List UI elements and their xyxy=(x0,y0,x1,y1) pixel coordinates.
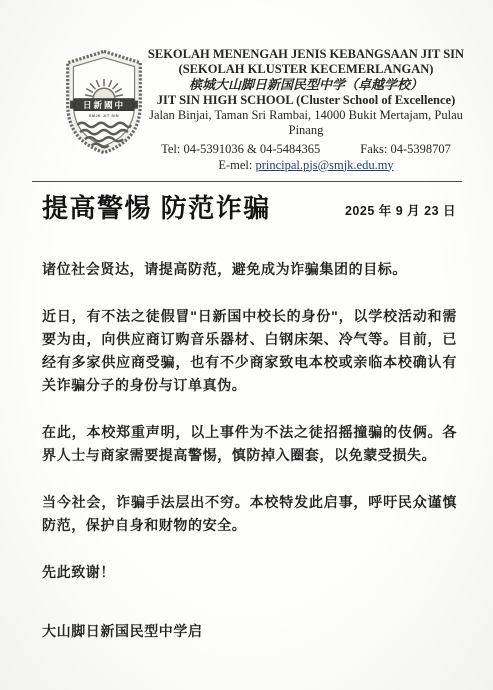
tel-faks-row: Tel: 04-5391036 & 04-5484365 Faks: 04-53… xyxy=(147,141,465,157)
title-row: 提高警惕 防范诈骗 2025 年 9 月 23 日 xyxy=(42,193,456,223)
letterhead-divider xyxy=(32,181,462,182)
cluster-line-malay: (SEKOLAH KLUSTER KECEMERLANGAN) xyxy=(147,62,465,77)
letterhead-text: SEKOLAH MENENGAH JENIS KEBANGSAAN JIT SI… xyxy=(147,47,465,173)
address-line-1: Jalan Binjai, Taman Sri Rambai, 14000 Bu… xyxy=(147,108,465,123)
email-row: E-mel: principal.pjs@smjk.edu.my xyxy=(147,157,465,173)
address-line-2: Pinang xyxy=(147,123,465,138)
school-name-chinese: 槟城大山脚日新国民型中学（卓越学校） xyxy=(147,77,465,93)
paragraph-incident: 近日，有不法之徒假冒"日新国中校长的身份"，以学校活动和需要为由，向供应商订购音… xyxy=(42,305,457,397)
school-name-malay: SEKOLAH MENENGAH JENIS KEBANGSAAN JIT SI… xyxy=(147,47,465,62)
notice-title: 提高警惕 防范诈骗 xyxy=(42,193,271,223)
tel-number: Tel: 04-5391036 & 04-5484365 xyxy=(161,141,320,157)
notice-body: 诸位社会贤达，请提高防范，避免成为诈骗集团的目标。 近日，有不法之徒假冒"日新国… xyxy=(42,258,457,643)
school-name-english: JIT SIN HIGH SCHOOL (Cluster School of E… xyxy=(147,93,465,108)
letterhead: 日新國中 SMJK JIT SIN SEKOLAH MENENGAH JENIS… xyxy=(0,47,493,172)
letter-page: 日新國中 SMJK JIT SIN SEKOLAH MENENGAH JENIS… xyxy=(0,0,493,690)
paragraph-statement: 在此，本校郑重声明，以上事件为不法之徒招摇撞骗的伎俩。各界人士与商家需要提高警惕… xyxy=(42,421,457,467)
notice-date: 2025 年 9 月 23 日 xyxy=(345,201,456,223)
paragraph-appeal: 当今社会，诈骗手法层出不穷。本校特发此启事，呼吁民众谨慎防范，保护自身和财物的安… xyxy=(42,491,457,537)
email-label: E-mel: xyxy=(218,158,252,172)
crest-banner-text: 日新國中 xyxy=(83,99,125,110)
crest-subtext: SMJK JIT SIN xyxy=(89,114,119,118)
closing-line: 先此致谢！ xyxy=(42,561,457,584)
school-crest-logo: 日新國中 SMJK JIT SIN xyxy=(61,47,147,157)
crest-shield-icon: 日新國中 SMJK JIT SIN xyxy=(61,47,147,157)
paragraph-salutation: 诸位社会贤达，请提高防范，避免成为诈骗集团的目标。 xyxy=(42,258,457,281)
signature-line: 大山脚日新国民型中学启 xyxy=(42,620,457,643)
faks-number: Faks: 04-5398707 xyxy=(360,141,451,157)
email-link[interactable]: principal.pjs@smjk.edu.my xyxy=(255,158,393,172)
